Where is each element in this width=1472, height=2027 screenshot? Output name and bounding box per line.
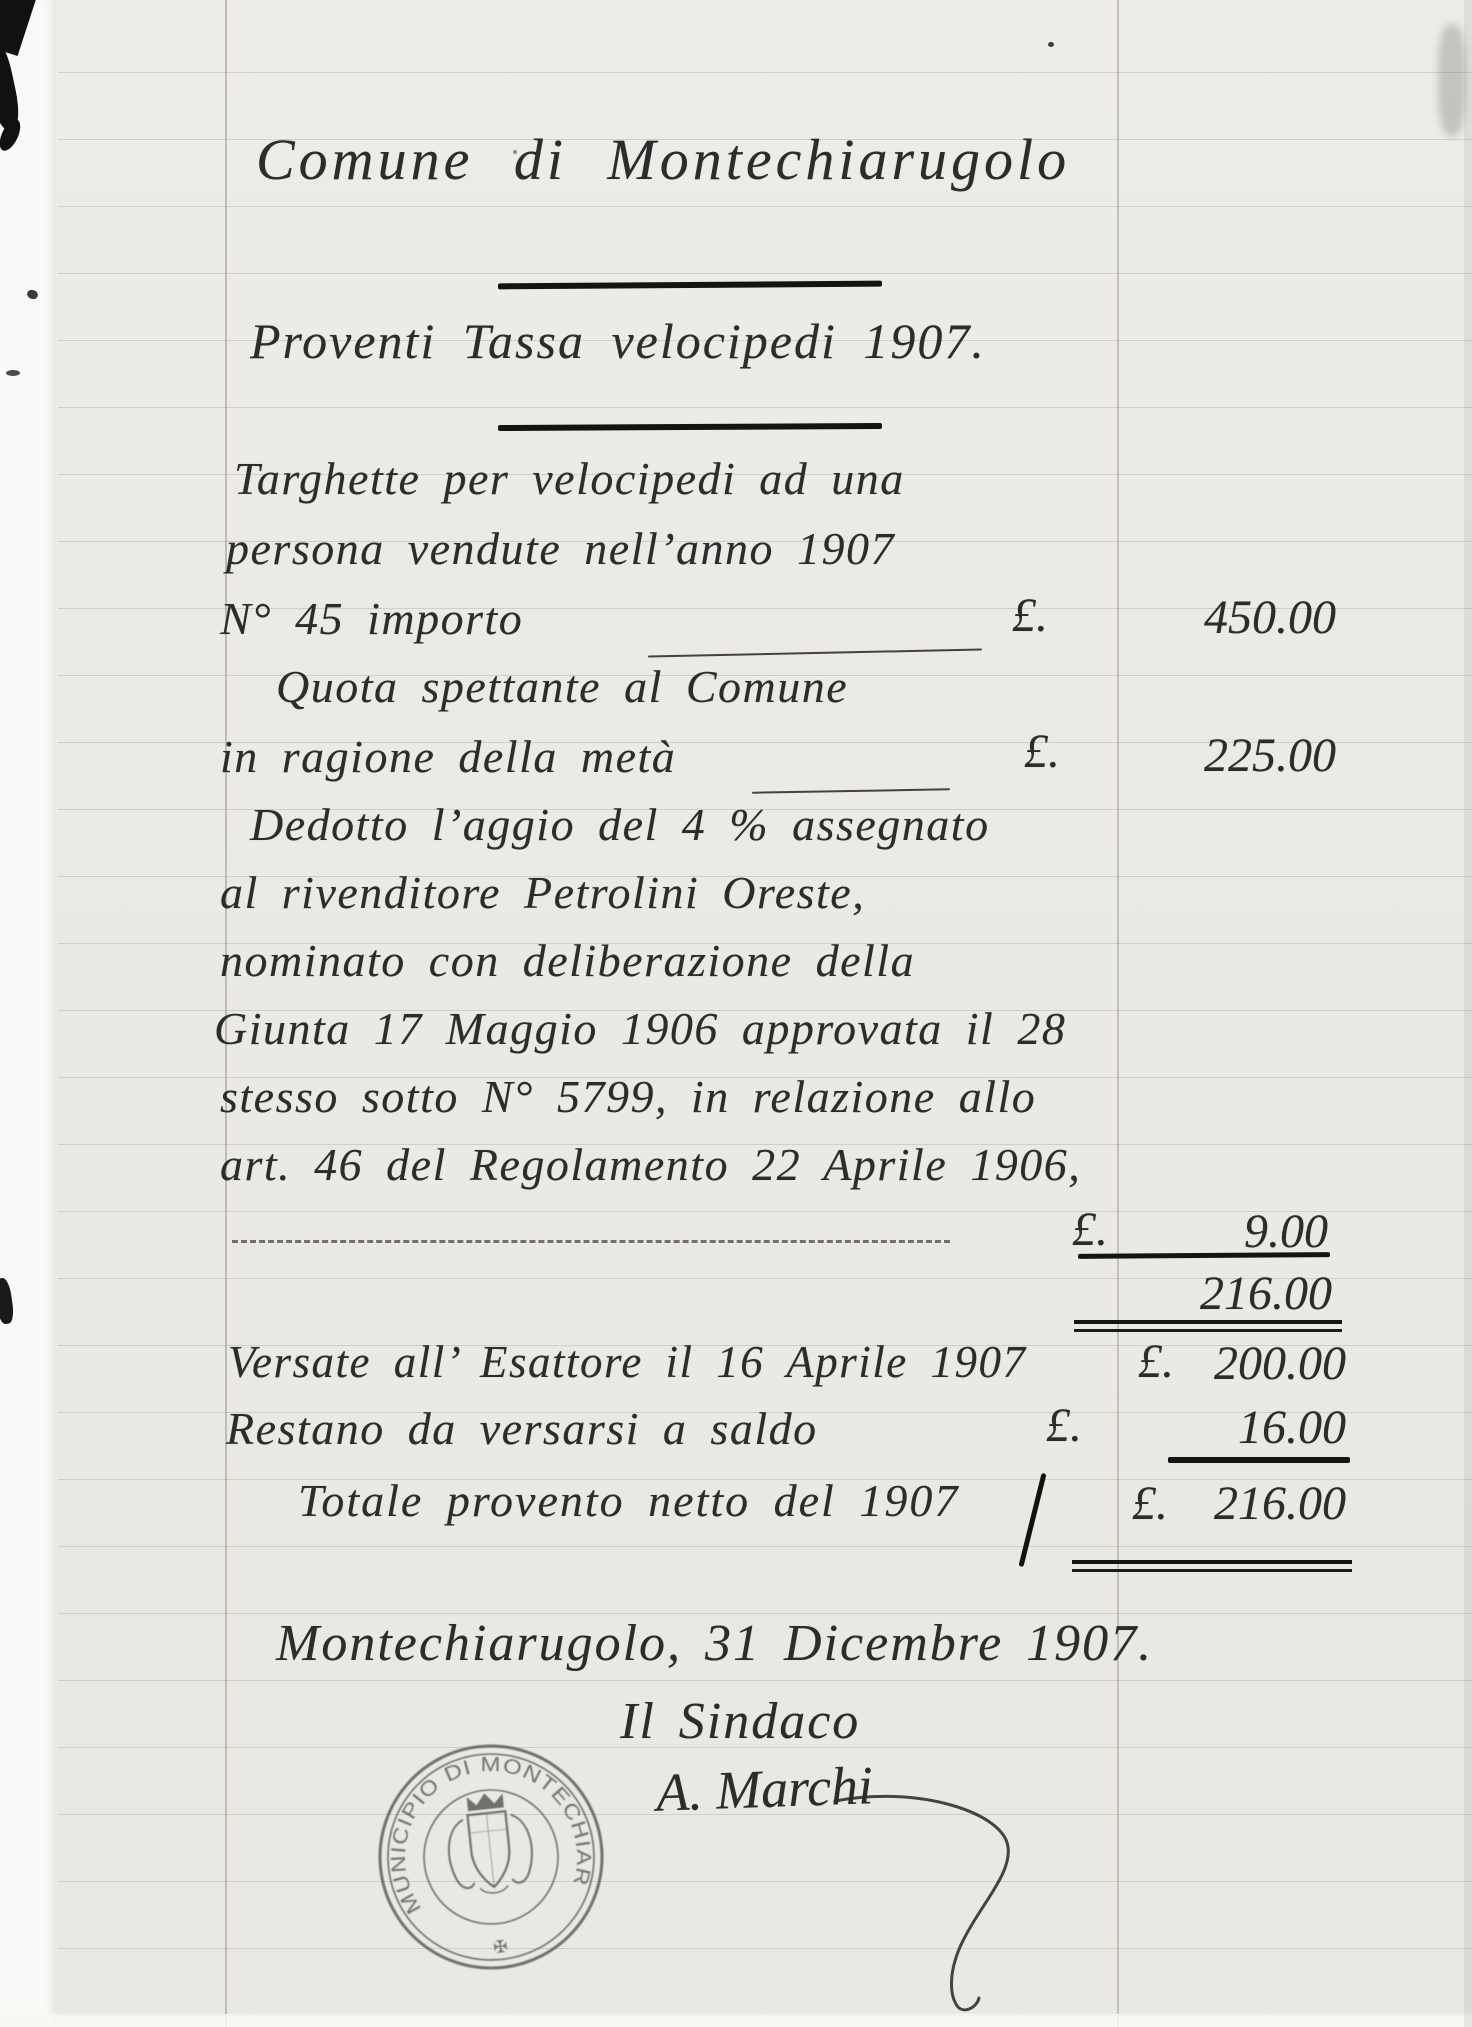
amount-importo: 450.00 <box>1128 590 1336 645</box>
ink-speck <box>1048 42 1054 47</box>
currency-mark: £. <box>1072 1202 1108 1257</box>
amount-totale: 216.00 <box>1148 1476 1346 1531</box>
body-line: persona vendute nell’anno 1907 <box>226 522 895 575</box>
page-subtitle: Proventi Tassa velocipedi 1907. <box>250 312 986 370</box>
place-and-date: Montechiarugolo, 31 Dicembre 1907. <box>276 1614 1153 1673</box>
amount-quota: 225.00 <box>1128 728 1336 783</box>
currency-mark: £. <box>1012 588 1048 643</box>
scanned-ledger-page: Comune di Montechiarugolo Proventi Tassa… <box>0 0 1472 2027</box>
body-line: in ragione della metà <box>220 730 676 783</box>
corner-smudge <box>1438 24 1466 136</box>
body-line: stesso sotto N° 5799, in relazione allo <box>220 1070 1036 1123</box>
body-line: nominato con deliberazione della <box>220 934 915 987</box>
body-line: art. 46 del Regolamento 22 Aprile 1906, <box>220 1138 1081 1191</box>
body-line: al rivenditore Petrolini Oreste, <box>220 866 865 919</box>
double-underline <box>1074 1320 1342 1332</box>
dashed-filler-line <box>232 1240 950 1243</box>
scan-right-edge <box>1464 0 1472 2027</box>
signer-role: Il Sindaco <box>620 1692 860 1751</box>
flourish-stroke <box>835 1796 1008 2009</box>
currency-mark: £. <box>1024 724 1060 779</box>
amount-versato: 200.00 <box>1150 1336 1346 1391</box>
double-underline <box>1072 1560 1352 1572</box>
amount-saldo: 16.00 <box>1148 1400 1346 1455</box>
body-line: Versate all’ Esattore il 16 Aprile 1907 <box>228 1336 1026 1388</box>
body-line: Giunta 17 Maggio 1906 approvata il 28 <box>214 1002 1066 1055</box>
amount-netto: 216.00 <box>1122 1266 1332 1321</box>
ink-speck <box>6 370 20 376</box>
signature-flourish <box>600 1755 1080 2027</box>
currency-mark: £. <box>1046 1398 1082 1453</box>
body-line: Targhette per velocipedi ad una <box>234 452 905 505</box>
sum-underline <box>1168 1457 1350 1463</box>
body-line: Quota spettante al Comune <box>276 660 848 713</box>
stamp-shield-divider <box>486 1813 494 1887</box>
body-line: Restano da versarsi a saldo <box>226 1402 818 1455</box>
amount-aggio: 9.00 <box>1122 1204 1328 1259</box>
body-line: Totale provento netto del 1907 <box>298 1474 959 1527</box>
scan-left-edge <box>0 0 56 2027</box>
stamp-cross-symbol: ✠ <box>492 1937 508 1957</box>
page-title: Comune di Montechiarugolo <box>256 126 1070 193</box>
body-line: N° 45 importo <box>220 592 523 645</box>
stamp-crown <box>466 1791 503 1811</box>
amount-column-line <box>1117 0 1119 2027</box>
municipal-stamp: MUNICIPIO DI MONTECHIARUGOLO ✠ <box>362 1728 619 1985</box>
body-line: Dedotto l’aggio del 4 % assegnato <box>250 798 990 851</box>
